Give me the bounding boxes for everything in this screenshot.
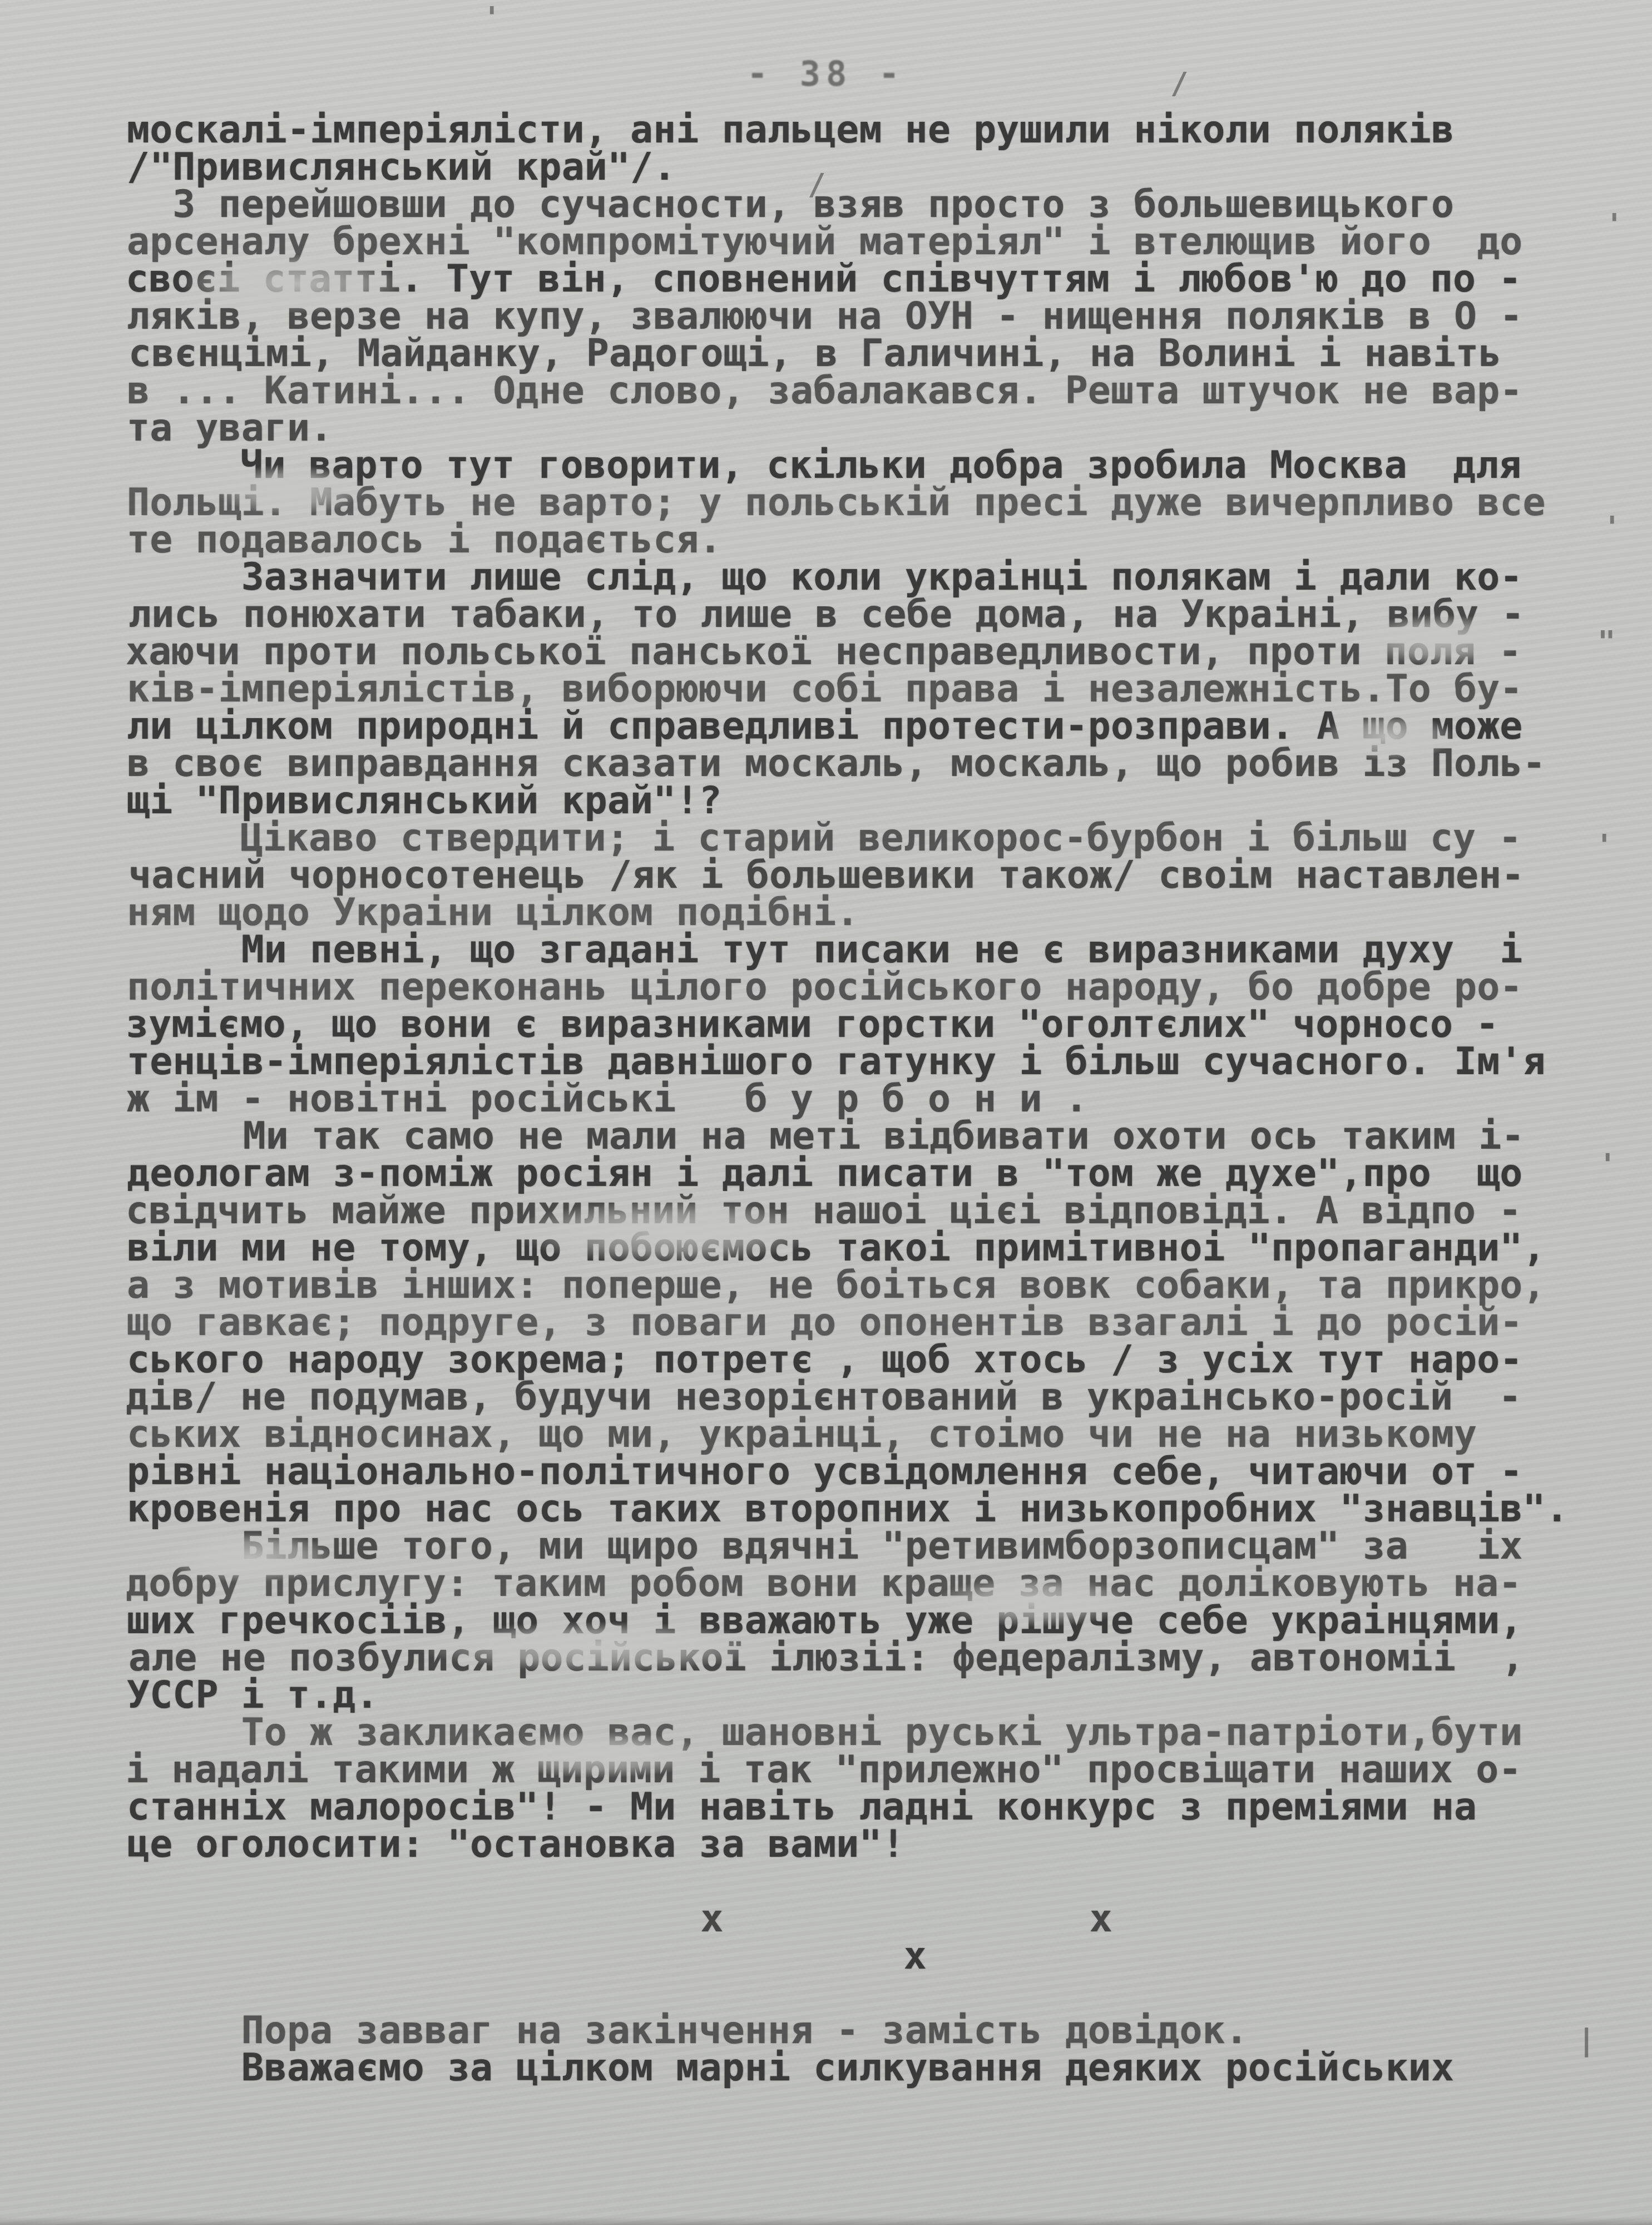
text-line: що гавкає; подруге, з поваги до опоненті… — [127, 1304, 1595, 1341]
text-line: своєі статті. Тут він, сповнений співчут… — [126, 260, 1594, 298]
text-line: хаючи проти польської панської несправед… — [126, 633, 1594, 670]
text-line: х — [126, 1937, 1594, 1975]
text-line: ж ім - новітні російські б у р б о н и . — [127, 1080, 1595, 1118]
text-line: ків-імперіялістів, виборюючи собі права … — [127, 670, 1595, 708]
ink-speck: ' — [1595, 828, 1614, 863]
text-line: Чи варто тут говорити, скільки добра зро… — [126, 447, 1594, 484]
ink-speck: | — [1577, 2023, 1596, 2058]
text-line: ляків, верзе на купу, звалюючи на ОУН - … — [127, 298, 1595, 335]
text-block: москалі-імперіялісти, ані пальцем не руш… — [127, 111, 1595, 2086]
text-line: свєнцімі, Майданку, Радогощі, в Галичині… — [128, 335, 1597, 372]
text-line: ших гречкосіів, що хоч і вважають уже рі… — [127, 1602, 1595, 1639]
ink-speck: ' — [483, 0, 501, 35]
text-line: Більше того, ми щиро вдячні "ретивимборз… — [127, 1527, 1595, 1565]
text-line: ли цілком природні й справедливі протест… — [127, 708, 1595, 745]
text-line: То ж закликаємо вас, шановні руські ульт… — [127, 1714, 1595, 1751]
text-line: але не позбулися російської ілюзіі: феде… — [128, 1639, 1597, 1677]
text-line: те подавалось і подається. — [127, 521, 1595, 558]
ink-speck: / — [808, 167, 826, 202]
ink-speck: ' — [1603, 510, 1621, 545]
text-line: станніх малоросів"! - Ми навіть ладні ко… — [127, 1788, 1595, 1826]
text-line: політичних переконань цілого російського… — [127, 968, 1595, 1006]
text-line: кровенія про нас ось таких второпних і н… — [127, 1490, 1595, 1527]
ink-speck: ' — [1599, 1147, 1617, 1182]
text-line: Цікаво ствердити; і старий великорос-бур… — [126, 819, 1594, 857]
ink-speck: / — [1170, 66, 1189, 101]
text-line: щі "Привислянський край"!? — [127, 782, 1595, 819]
text-line: ських відносинах, що ми, украінці, стоім… — [127, 1416, 1595, 1453]
text-line: УССР і т.д. — [127, 1677, 1595, 1714]
text-line: х х — [128, 1900, 1597, 1937]
text-line — [127, 1863, 1595, 1900]
text-line: тенців-імперіялістів давнішого гатунку і… — [127, 1043, 1595, 1080]
text-line: арсеналу брехні "компромітуючий матеріял… — [127, 223, 1595, 260]
text-line: та уваги. — [127, 409, 1595, 447]
text-line: лись понюхати табаки, то лише в себе дом… — [128, 596, 1597, 633]
text-line: це оголосити: "остановка за вами"! — [127, 1826, 1595, 1863]
text-line: деологам з-поміж росіян і далі писати в … — [127, 1155, 1595, 1192]
text-line: Ми так само не мали на меті відбивати ох… — [128, 1118, 1597, 1155]
text-line: добру прислугу: таким робом вони краще з… — [126, 1565, 1594, 1602]
text-line: ням щодо Украіни цілком подібні. — [127, 894, 1595, 931]
text-line: Вважаємо за цілком марні силкування деяк… — [127, 2049, 1595, 2086]
scanned-document-page: - 38 - москалі-імперіялісти, ані пальцем… — [0, 0, 1652, 2225]
text-line: рівні національно-політичного усвідомлен… — [127, 1453, 1595, 1490]
text-line: ського народу зокрема; потретє , щоб хто… — [127, 1341, 1595, 1378]
text-line — [127, 1975, 1595, 2012]
text-line: Польщі. Мабуть не варто; у польській пре… — [127, 484, 1595, 521]
text-line: в своє виправдання сказати москаль, моск… — [127, 745, 1595, 782]
text-line: москалі-імперіялісти, ані пальцем не руш… — [127, 111, 1595, 149]
text-line: дів/ не подумав, будучи незорієнтований … — [126, 1378, 1594, 1416]
ink-speck: ' — [1605, 207, 1624, 242]
text-line: зуміємо, що вони є виразниками горстки "… — [126, 1006, 1594, 1043]
text-line: в ... Катині... Одне слово, забалакався.… — [127, 372, 1595, 409]
text-line: віли ми не тому, що побоюємось такоі при… — [127, 1229, 1595, 1267]
page-number: - 38 - — [0, 53, 1652, 94]
text-line: Зазначити лише слід, що коли украінці по… — [127, 558, 1595, 596]
text-line: Ми певні, що згадані тут писаки не є вир… — [127, 931, 1595, 968]
text-line: і надалі такими ж щирими і так "прилежно… — [126, 1751, 1594, 1788]
text-line: З перейшовши до сучасности, взяв просто … — [127, 186, 1595, 223]
text-line: Пора завваг на закінчення - замість дові… — [127, 2012, 1595, 2049]
text-line: /"Привислянський край"/. — [127, 149, 1595, 186]
ink-speck: " — [1597, 624, 1616, 659]
text-line: а з мотивів інших: поперше, не боіться в… — [127, 1267, 1595, 1304]
text-line: часний чорносотенець /як і большевики та… — [128, 857, 1597, 894]
text-line: свідчить майже прихильний тон нашоі цієі… — [126, 1192, 1594, 1229]
